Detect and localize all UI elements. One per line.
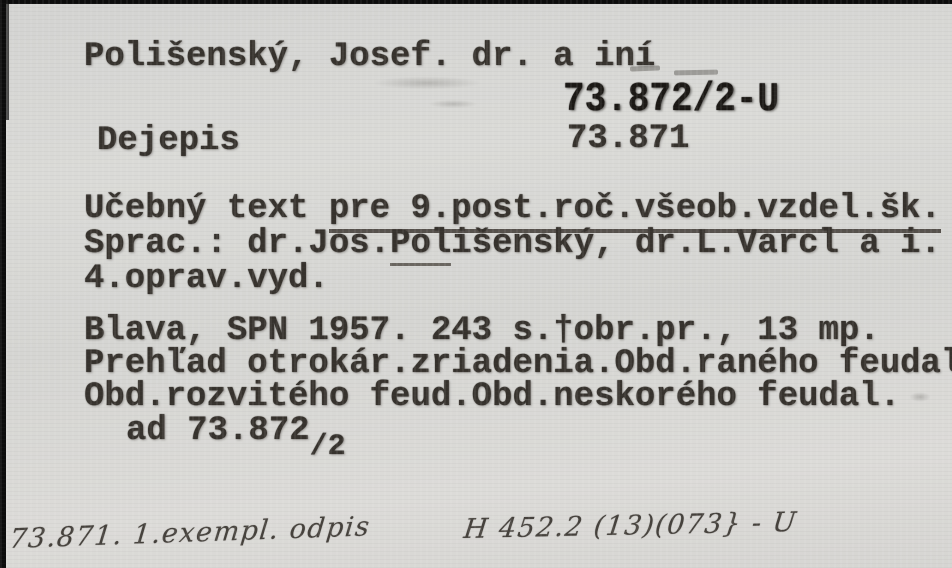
ad-reference: ad 73.872/2 bbox=[126, 414, 346, 448]
ad-reference-suffix: /2 bbox=[310, 430, 346, 464]
accession-number: 73.871 bbox=[567, 122, 689, 156]
scan-edge-left bbox=[0, 0, 6, 568]
ink-smudge bbox=[418, 98, 488, 110]
handwritten-note-left: 73.871. 1.exempl. odpis bbox=[8, 511, 372, 555]
catalog-card-scan: { "card": { "header": { "author": "Poliš… bbox=[0, 0, 952, 568]
subject-heading: Dejepis bbox=[97, 124, 240, 158]
edition-line: 4.oprav.vyd. bbox=[84, 262, 329, 296]
ink-smudge bbox=[352, 74, 502, 92]
ink-smudge bbox=[905, 390, 935, 404]
contents-line-2: Obd.rozvitého feud.Obd.neskorého feudal. bbox=[84, 380, 900, 414]
scan-edge-top bbox=[0, 0, 952, 4]
editors-marked: Pol bbox=[390, 225, 451, 266]
call-number: 73.872/2-U bbox=[563, 80, 779, 120]
overstrike-dash bbox=[674, 70, 718, 76]
handwritten-note-right: H 452.2 (13)(073} - U bbox=[462, 507, 799, 545]
editors-pre: Sprac.: dr.Jos. bbox=[84, 225, 390, 263]
contents-line-1: Prehľad otrokár.zriadenia.Obd.raného feu… bbox=[84, 347, 952, 381]
title-line: Učebný text pre 9.post.roč.všeob.vzdel.š… bbox=[84, 192, 941, 226]
ad-reference-number: ad 73.872 bbox=[126, 412, 310, 450]
imprint-line: Blava, SPN 1957. 243 s.†obr.pr., 13 mp. bbox=[84, 314, 880, 348]
title-lead: Učebný text bbox=[84, 190, 329, 228]
editors-post: išenský, dr.L.Varcl a i. bbox=[451, 225, 941, 263]
author-heading: Polišenský, Josef. dr. a iní bbox=[84, 40, 655, 74]
editors-line: Sprac.: dr.Jos.Polišenský, dr.L.Varcl a … bbox=[84, 227, 941, 261]
